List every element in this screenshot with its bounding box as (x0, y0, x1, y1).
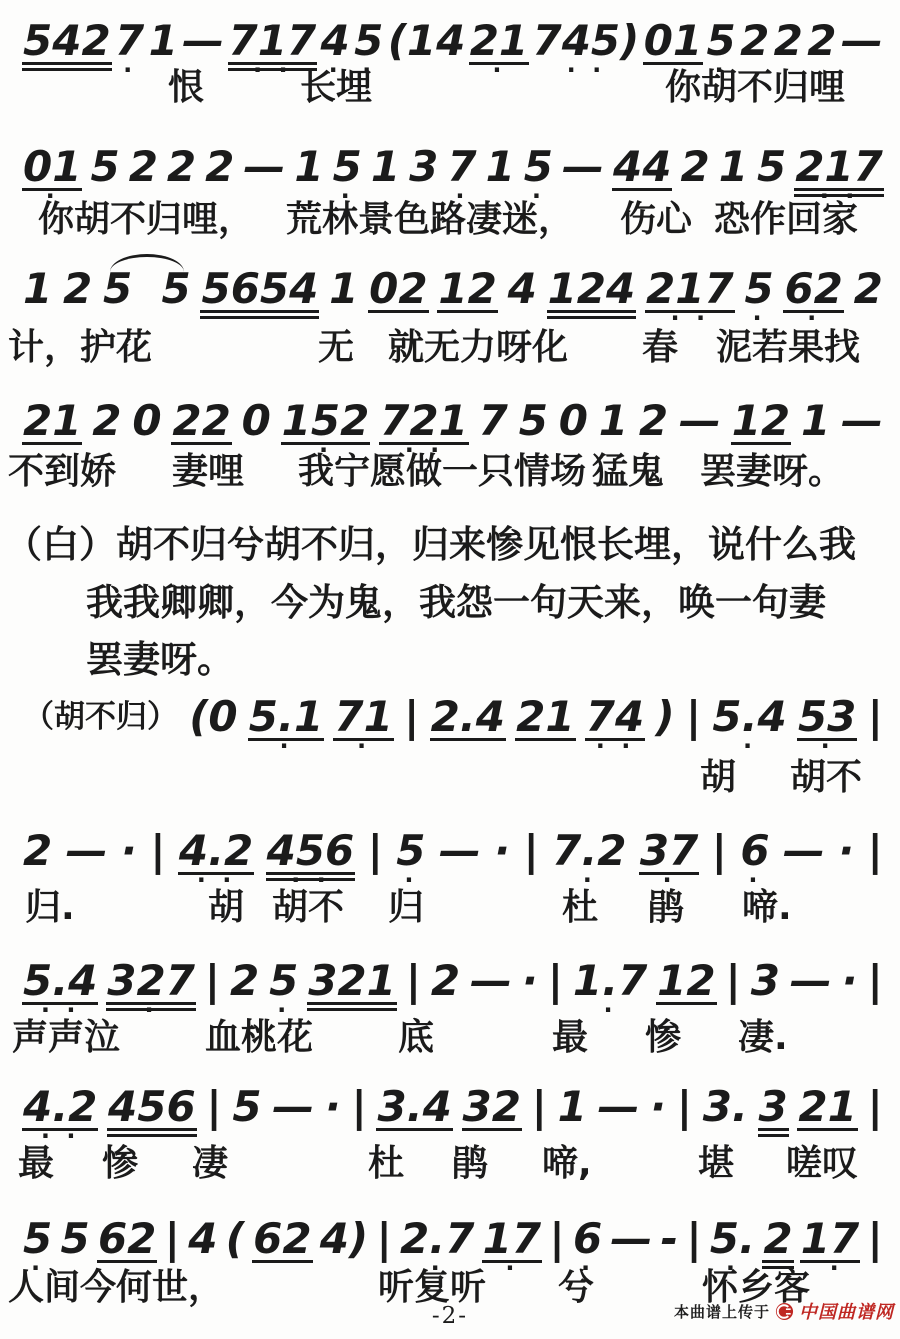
note-token: · (120, 830, 138, 872)
note-token: 2 (62, 268, 93, 310)
note-token: 21 (22, 400, 82, 445)
lyric-segment: 鹃 (648, 888, 684, 928)
note-token: | (350, 1086, 367, 1128)
lyric-segment: 无 (318, 328, 354, 368)
note-token: 2 (91, 400, 122, 442)
note-token: 745)· · (531, 20, 640, 62)
octave-dot: · · (178, 872, 254, 888)
note-token: 456 (107, 1086, 197, 1137)
octave-dot: · (797, 738, 857, 754)
note-token: 327· (106, 960, 196, 1011)
lyric-line-6: 归.胡胡不归杜鹃啼. (0, 888, 900, 936)
note-token: 4.2· · (178, 830, 254, 875)
note-token: 01· (22, 146, 82, 191)
note-token: — (561, 146, 605, 188)
note-token: 124 (547, 268, 637, 319)
note-token: 717· · (228, 20, 318, 71)
octave-dot: · (572, 1002, 648, 1018)
spoken-line-3: 罢妻呀。 (86, 640, 234, 681)
note-token: 12 (731, 400, 791, 445)
note-token: | (548, 1218, 565, 1260)
spoken-line-2: 我我卿卿，今为鬼，我怨一句天来，唤一句妻 (86, 583, 826, 624)
note-token: 1 (148, 20, 179, 62)
note-token: 21 (797, 1086, 857, 1131)
note-token: 6· (572, 1218, 603, 1260)
note-token: | (375, 1218, 392, 1260)
lyric-segment: 听复听 (378, 1268, 486, 1308)
lyric-segment: 胡 (700, 758, 736, 798)
note-token: 7 (478, 400, 509, 442)
lyric-segment: 春 (642, 328, 678, 368)
lyric-segment: 鹃 (452, 1144, 488, 1184)
lyric-segment: 杜 (368, 1144, 404, 1184)
note-token: 1 (293, 146, 324, 188)
note-token: 1 (22, 268, 53, 310)
lyric-segment: 你胡不归哩， (38, 200, 254, 240)
lyric-segment: 凄 (192, 1144, 228, 1184)
lyric-segment: 荒林景色路凄迷， (286, 200, 574, 240)
note-token: 5· (353, 20, 384, 62)
lyric-line-3: 计，护花无就无力呀化春泥若果找 (0, 328, 900, 376)
note-token: 5.4· · (22, 960, 98, 1005)
lyric-segment: 你胡不归哩 (665, 68, 845, 108)
note-token: 2 (204, 146, 235, 188)
note-token: 5 (756, 146, 787, 188)
note-token: | (867, 830, 884, 872)
lyric-segment: 恐作回家 (714, 200, 858, 240)
note-token: 32 (462, 1086, 522, 1131)
lyric-line-7: 声声泣血桃花底最惨凄. (0, 1018, 900, 1066)
note-token: 5.1· (248, 696, 324, 741)
note-token: 217· · (794, 146, 884, 197)
octave-dot: · (783, 310, 843, 326)
note-token: 5· (268, 960, 299, 1002)
note-token: 71· (333, 696, 393, 741)
note-token: 02 (368, 268, 428, 313)
note-token: 2 (853, 268, 884, 310)
note-token: 3 (750, 960, 781, 1002)
note-token: 2 (166, 146, 197, 188)
octave-dot: · (333, 738, 393, 754)
note-token: 4· (320, 20, 351, 62)
note-token: · (324, 1086, 342, 1128)
octave-dot: · (551, 872, 627, 888)
note-token: · (521, 960, 539, 1002)
note-token: 5· (332, 146, 363, 188)
lyric-line-2: 你胡不归哩，荒林景色路凄迷，伤心恐作回家 (0, 200, 900, 248)
note-token: 2 (679, 146, 710, 188)
note-token: — (609, 1218, 653, 1260)
note-token: 2 (229, 960, 260, 1002)
spoken-line-1: （白）胡不归兮胡不归，归来惨见恨长埋，说什么我 (5, 525, 856, 566)
note-token: 2 (762, 1218, 793, 1269)
notation-line-9: 5·562|4(624)|2.7·17·|6·—-|5.·217 ·| (22, 1218, 884, 1269)
note-token: | (522, 830, 539, 872)
note-token: 1 (485, 146, 516, 188)
octave-dot: · (395, 872, 426, 888)
lyric-segment: 最 (552, 1018, 588, 1058)
note-token: 17 · (800, 1218, 860, 1263)
note-token: | (403, 696, 420, 738)
lyric-segment: 声声泣 (12, 1018, 120, 1058)
notation-line-2: 01·5222—15·137·15·—44215217· · (22, 146, 884, 197)
note-token: 2 (773, 20, 804, 62)
note-token: 1 (557, 1086, 588, 1128)
note-token: — (678, 400, 722, 442)
note-token: (14 (387, 20, 467, 62)
note-token: 2 (739, 20, 770, 62)
notation-line-1: 5427·1—717· ·4·5·(1421·745)· ·015·222— (22, 20, 884, 71)
lyric-segment: 长埋 (300, 68, 372, 108)
note-token: 4 (507, 268, 538, 310)
note-token: 152· (281, 400, 371, 445)
lyric-segment: 堪 (698, 1144, 734, 1184)
note-token: ( (225, 1218, 246, 1260)
note-token: 1 (328, 268, 359, 310)
note-token: — (65, 830, 109, 872)
note-token: 456· · (266, 830, 356, 881)
note-token: 44 (612, 146, 672, 191)
note-token: 5654 (200, 268, 319, 319)
note-token: 1.7· (572, 960, 648, 1002)
lyric-segment: 恨 (168, 68, 204, 108)
octave-dot: · · (22, 1002, 98, 1018)
lyric-segment: 泥若果找 (716, 328, 860, 368)
note-token: 01 (643, 20, 703, 65)
note-token: 12 (437, 268, 497, 313)
note-token: 1 (598, 400, 629, 442)
lyric-segment: 伤心 (620, 200, 692, 240)
note-token: — (596, 1086, 640, 1128)
note-token: 321 (307, 960, 397, 1011)
lyric-segment: 怀乡客 (702, 1268, 810, 1308)
note-token: 5 (231, 1086, 262, 1128)
note-token: | (685, 696, 702, 738)
lyric-segment: 我宁愿做一只情场 (298, 452, 586, 492)
lyric-segment: 兮 (558, 1268, 594, 1308)
note-token: 2 (638, 400, 669, 442)
note-token: · (841, 960, 859, 1002)
note-token: 2.4 (430, 696, 506, 741)
note-token: | (866, 1086, 883, 1128)
lyric-line-5: 胡胡不 (0, 758, 900, 806)
note-token: - (660, 1218, 679, 1260)
note-token: 0 (241, 400, 272, 442)
lyric-line-8: 最惨凄杜鹃啼,堪嗟叹 (0, 1144, 900, 1192)
octave-dot: · (106, 1002, 196, 1018)
note-token: 721· · (379, 400, 469, 445)
lyric-segment: 人间今何世， (8, 1268, 224, 1308)
note-token: | (164, 1218, 181, 1260)
note-token: 2 (430, 960, 461, 1002)
note-token: — (789, 960, 833, 1002)
lyric-segment: 胡不 (272, 888, 344, 928)
note-token: | (149, 830, 166, 872)
note-token: 62· (783, 268, 843, 313)
note-token: 62 (252, 1218, 312, 1263)
lyric-segment: 胡不 (790, 758, 862, 798)
note-token: 217· · (645, 268, 735, 313)
note-token: (0 (188, 696, 238, 738)
note-token: · (649, 1086, 667, 1128)
note-token: 2 (22, 830, 53, 872)
sheet-music-page: -2- 本曲谱上传于 中国曲谱网 5427·1—717· ·4·5·(1421·… (0, 0, 900, 1339)
note-token: 22 (171, 400, 231, 445)
note-token: 3. (702, 1086, 749, 1128)
note-token: 3 (758, 1086, 789, 1137)
note-token: （胡不归） (22, 696, 179, 733)
note-token: 7· (114, 20, 145, 62)
lyric-segment: 啼. (742, 888, 792, 928)
lyric-segment: 杜 (562, 888, 598, 928)
lyric-segment: 凄. (738, 1018, 788, 1058)
note-token: | (724, 960, 741, 1002)
note-token: | (204, 960, 221, 1002)
note-token: — (242, 146, 286, 188)
note-token: 5· (22, 1218, 53, 1260)
note-token: | (405, 960, 422, 1002)
note-token: 5.· (709, 1218, 756, 1260)
notation-line-3: 125 55654102124124217· ·5·62·2 (22, 268, 884, 319)
note-token: | (205, 1086, 222, 1128)
note-token: 4 (187, 1218, 218, 1260)
note-token: 5 5 (102, 268, 192, 310)
note-token: 17· (482, 1218, 542, 1263)
notation-line-5: （胡不归）(05.1·71·|2.42174· ·)|5.4·53·| (22, 696, 884, 741)
lyric-segment: 归. (25, 888, 75, 928)
note-token: — (782, 830, 826, 872)
note-token: | (531, 1086, 548, 1128)
note-token: 4) (319, 1218, 369, 1260)
lyric-segment: 嗟叹 (786, 1144, 858, 1184)
octave-dot: · (639, 872, 699, 888)
note-token: · (493, 830, 511, 872)
notation-line-8: 4.2· ·456|5—·|3.432|1—·|3.321| (22, 1086, 884, 1137)
note-token: 3 (408, 146, 439, 188)
note-token: | (676, 1086, 693, 1128)
lyric-segment: 惨 (102, 1144, 138, 1184)
lyric-segment: 计，护花 (8, 328, 152, 368)
lyric-segment: 惨 (645, 1018, 681, 1058)
note-token: 0 (558, 400, 589, 442)
note-token: 74· · (585, 696, 645, 741)
octave-dot: · · (266, 872, 356, 888)
note-token: | (867, 696, 884, 738)
note-token: — (840, 400, 884, 442)
note-token: 21 (515, 696, 575, 741)
note-token: 6· (739, 830, 770, 872)
octave-dot: · · (645, 310, 735, 326)
note-token: 62 (97, 1218, 157, 1263)
octave-dot: · · (585, 738, 645, 754)
note-token: 5.4· (711, 696, 787, 738)
note-token: 0 (131, 400, 162, 442)
note-token: 542 (22, 20, 112, 71)
note-token: | (367, 830, 384, 872)
note-token: 5 (89, 146, 120, 188)
note-token: 21· (469, 20, 529, 65)
note-token: | (866, 960, 883, 1002)
lyric-line-1: 恨长埋你胡不归哩 (0, 68, 900, 116)
note-token: | (685, 1218, 702, 1260)
notation-line-6: 2—·|4.2· ·456· ·|5·—·|7.2·37·|6·—·| (22, 830, 884, 881)
note-token: 12 (656, 960, 716, 1005)
note-token: | (711, 830, 728, 872)
lyric-line-9: 人间今何世，听复听兮怀乡客 (0, 1268, 900, 1316)
lyric-segment: 就无力呀化 (388, 328, 568, 368)
note-token: — (271, 1086, 315, 1128)
note-token: — (840, 20, 884, 62)
note-token: 2 (806, 20, 837, 62)
octave-dot: · (268, 1002, 299, 1018)
note-token: 1 (370, 146, 401, 188)
note-token: 53· (797, 696, 857, 741)
octave-dot: · (739, 872, 770, 888)
note-token: 3.4 (376, 1086, 452, 1131)
octave-dot: · (248, 738, 324, 754)
note-token: — (438, 830, 482, 872)
note-token: 2.7· (399, 1218, 475, 1260)
note-token: 1 (800, 400, 831, 442)
octave-dot: · · (22, 1128, 98, 1144)
note-token: 7· (446, 146, 477, 188)
octave-dot: · (743, 310, 774, 326)
lyric-segment: 罢妻呀。 (700, 452, 844, 492)
note-token: 5· (523, 146, 554, 188)
note-token: | (866, 1218, 883, 1260)
note-token: · (837, 830, 855, 872)
note-token: 5 (59, 1218, 90, 1260)
notation-line-4: 2120220152·721· ·75012—121— (22, 400, 884, 445)
lyric-segment: 猛鬼 (592, 452, 664, 492)
note-token: 5 (518, 400, 549, 442)
note-token: 1 (718, 146, 749, 188)
lyric-line-4: 不到娇妻哩我宁愿做一只情场猛鬼罢妻呀。 (0, 452, 900, 500)
lyric-segment: 不到娇 (8, 452, 116, 492)
notation-line-7: 5.4· ·327·|25·321|2—·|1.7·12|3—·| (22, 960, 884, 1011)
note-token: 4.2· · (22, 1086, 98, 1131)
lyric-segment: 妻哩 (172, 452, 244, 492)
note-token: 7.2· (551, 830, 627, 872)
note-token: — (469, 960, 513, 1002)
note-token: 2 (128, 146, 159, 188)
lyric-segment: 啼, (542, 1144, 592, 1184)
note-token: 5· (395, 830, 426, 872)
note-token: ) (654, 696, 675, 738)
lyric-segment: 底 (398, 1018, 434, 1058)
lyric-segment: 最 (18, 1144, 54, 1184)
note-token: 5· (743, 268, 774, 310)
note-token: — (181, 20, 225, 62)
lyric-segment: 归 (388, 888, 424, 928)
note-token: | (547, 960, 564, 1002)
octave-dot: · (711, 738, 787, 754)
lyric-segment: 胡 (208, 888, 244, 928)
note-token: 37· (639, 830, 699, 875)
lyric-segment: 血桃花 (205, 1018, 313, 1058)
note-token: 5· (706, 20, 737, 62)
